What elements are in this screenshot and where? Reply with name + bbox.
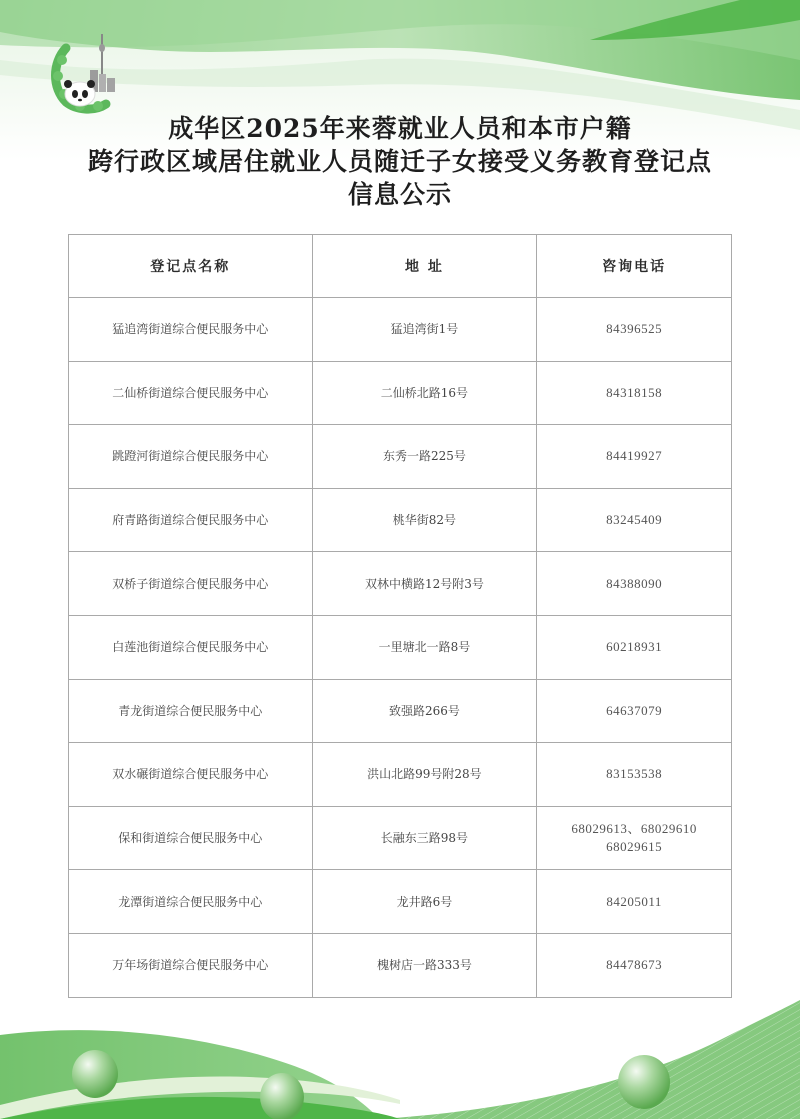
registration-points-table: 登记点名称 地 址 咨询电话 猛追湾街道综合便民服务中心 猛追湾街1号 8439… <box>68 234 732 998</box>
title-line-3: 信息公示 <box>0 178 800 211</box>
cell-name: 青龙街道综合便民服务中心 <box>69 679 313 743</box>
cell-address: 一里塘北一路8号 <box>312 615 537 679</box>
table-row: 双桥子街道综合便民服务中心 双林中横路12号附3号 84388090 <box>69 552 732 616</box>
cell-address: 桃华街82号 <box>312 488 537 552</box>
table-row: 龙潭街道综合便民服务中心 龙井路6号 84205011 <box>69 870 732 934</box>
cell-phone: 84388090 <box>537 552 732 616</box>
cell-address: 东秀一路225号 <box>312 425 537 489</box>
cell-name: 猛追湾街道综合便民服务中心 <box>69 298 313 362</box>
cell-address: 猛追湾街1号 <box>312 298 537 362</box>
cell-address: 致强路266号 <box>312 679 537 743</box>
district-logo <box>44 18 128 116</box>
table-row: 跳蹬河街道综合便民服务中心 东秀一路225号 84419927 <box>69 425 732 489</box>
cell-phone: 64637079 <box>537 679 732 743</box>
cell-name: 双桥子街道综合便民服务中心 <box>69 552 313 616</box>
cell-name: 跳蹬河街道综合便民服务中心 <box>69 425 313 489</box>
table-row: 保和街道综合便民服务中心 长融东三路98号 68029613、68029610 … <box>69 806 732 870</box>
cell-address: 槐树店一路333号 <box>312 933 537 997</box>
phone-number: 84396525 <box>537 320 731 338</box>
phone-number: 84205011 <box>537 893 731 911</box>
cell-name: 府青路街道综合便民服务中心 <box>69 488 313 552</box>
cell-phone: 68029613、68029610 68029615 <box>537 806 732 870</box>
cell-address: 长融东三路98号 <box>312 806 537 870</box>
phone-number: 60218931 <box>537 638 731 656</box>
cell-phone: 84396525 <box>537 298 732 362</box>
cell-phone: 84318158 <box>537 361 732 425</box>
phone-number: 84478673 <box>537 956 731 974</box>
cell-phone: 83153538 <box>537 743 732 807</box>
column-header-address: 地 址 <box>312 235 537 298</box>
title-line-1: 成华区2025年来蓉就业人员和本市户籍 <box>0 112 800 145</box>
column-header-phone: 咨询电话 <box>537 235 732 298</box>
phone-number: 83245409 <box>537 511 731 529</box>
table-row: 青龙街道综合便民服务中心 致强路266号 64637079 <box>69 679 732 743</box>
cell-address: 洪山北路99号附28号 <box>312 743 537 807</box>
table-row: 府青路街道综合便民服务中心 桃华街82号 83245409 <box>69 488 732 552</box>
cell-name: 万年场街道综合便民服务中心 <box>69 933 313 997</box>
phone-number: 68029615 <box>537 838 731 856</box>
bottom-wave-decoration <box>0 1000 800 1119</box>
cell-address: 双林中横路12号附3号 <box>312 552 537 616</box>
phone-number: 84388090 <box>537 575 731 593</box>
green-sphere-decoration <box>618 1055 670 1109</box>
cell-name: 保和街道综合便民服务中心 <box>69 806 313 870</box>
phone-number: 84419927 <box>537 447 731 465</box>
cell-name: 白莲池街道综合便民服务中心 <box>69 615 313 679</box>
panda-logo-icon <box>44 18 128 116</box>
phone-number: 83153538 <box>537 765 731 783</box>
table-row: 猛追湾街道综合便民服务中心 猛追湾街1号 84396525 <box>69 298 732 362</box>
table-header-row: 登记点名称 地 址 咨询电话 <box>69 235 732 298</box>
table-row: 双水碾街道综合便民服务中心 洪山北路99号附28号 83153538 <box>69 743 732 807</box>
table-row: 白莲池街道综合便民服务中心 一里塘北一路8号 60218931 <box>69 615 732 679</box>
cell-phone: 84205011 <box>537 870 732 934</box>
cell-phone: 60218931 <box>537 615 732 679</box>
page-title: 成华区2025年来蓉就业人员和本市户籍 跨行政区域居住就业人员随迁子女接受义务教… <box>0 112 800 211</box>
cell-name: 龙潭街道综合便民服务中心 <box>69 870 313 934</box>
column-header-name: 登记点名称 <box>69 235 313 298</box>
phone-number: 64637079 <box>537 702 731 720</box>
cell-phone: 84419927 <box>537 425 732 489</box>
cell-name: 二仙桥街道综合便民服务中心 <box>69 361 313 425</box>
cell-address: 二仙桥北路16号 <box>312 361 537 425</box>
cell-phone: 83245409 <box>537 488 732 552</box>
green-sphere-decoration <box>72 1050 118 1098</box>
title-line-2: 跨行政区域居住就业人员随迁子女接受义务教育登记点 <box>0 145 800 178</box>
cell-phone: 84478673 <box>537 933 732 997</box>
cell-name: 双水碾街道综合便民服务中心 <box>69 743 313 807</box>
green-sphere-decoration <box>260 1073 304 1119</box>
table-row: 二仙桥街道综合便民服务中心 二仙桥北路16号 84318158 <box>69 361 732 425</box>
phone-number: 84318158 <box>537 384 731 402</box>
phone-number: 68029613、68029610 <box>537 820 731 838</box>
cell-address: 龙井路6号 <box>312 870 537 934</box>
table-row: 万年场街道综合便民服务中心 槐树店一路333号 84478673 <box>69 933 732 997</box>
